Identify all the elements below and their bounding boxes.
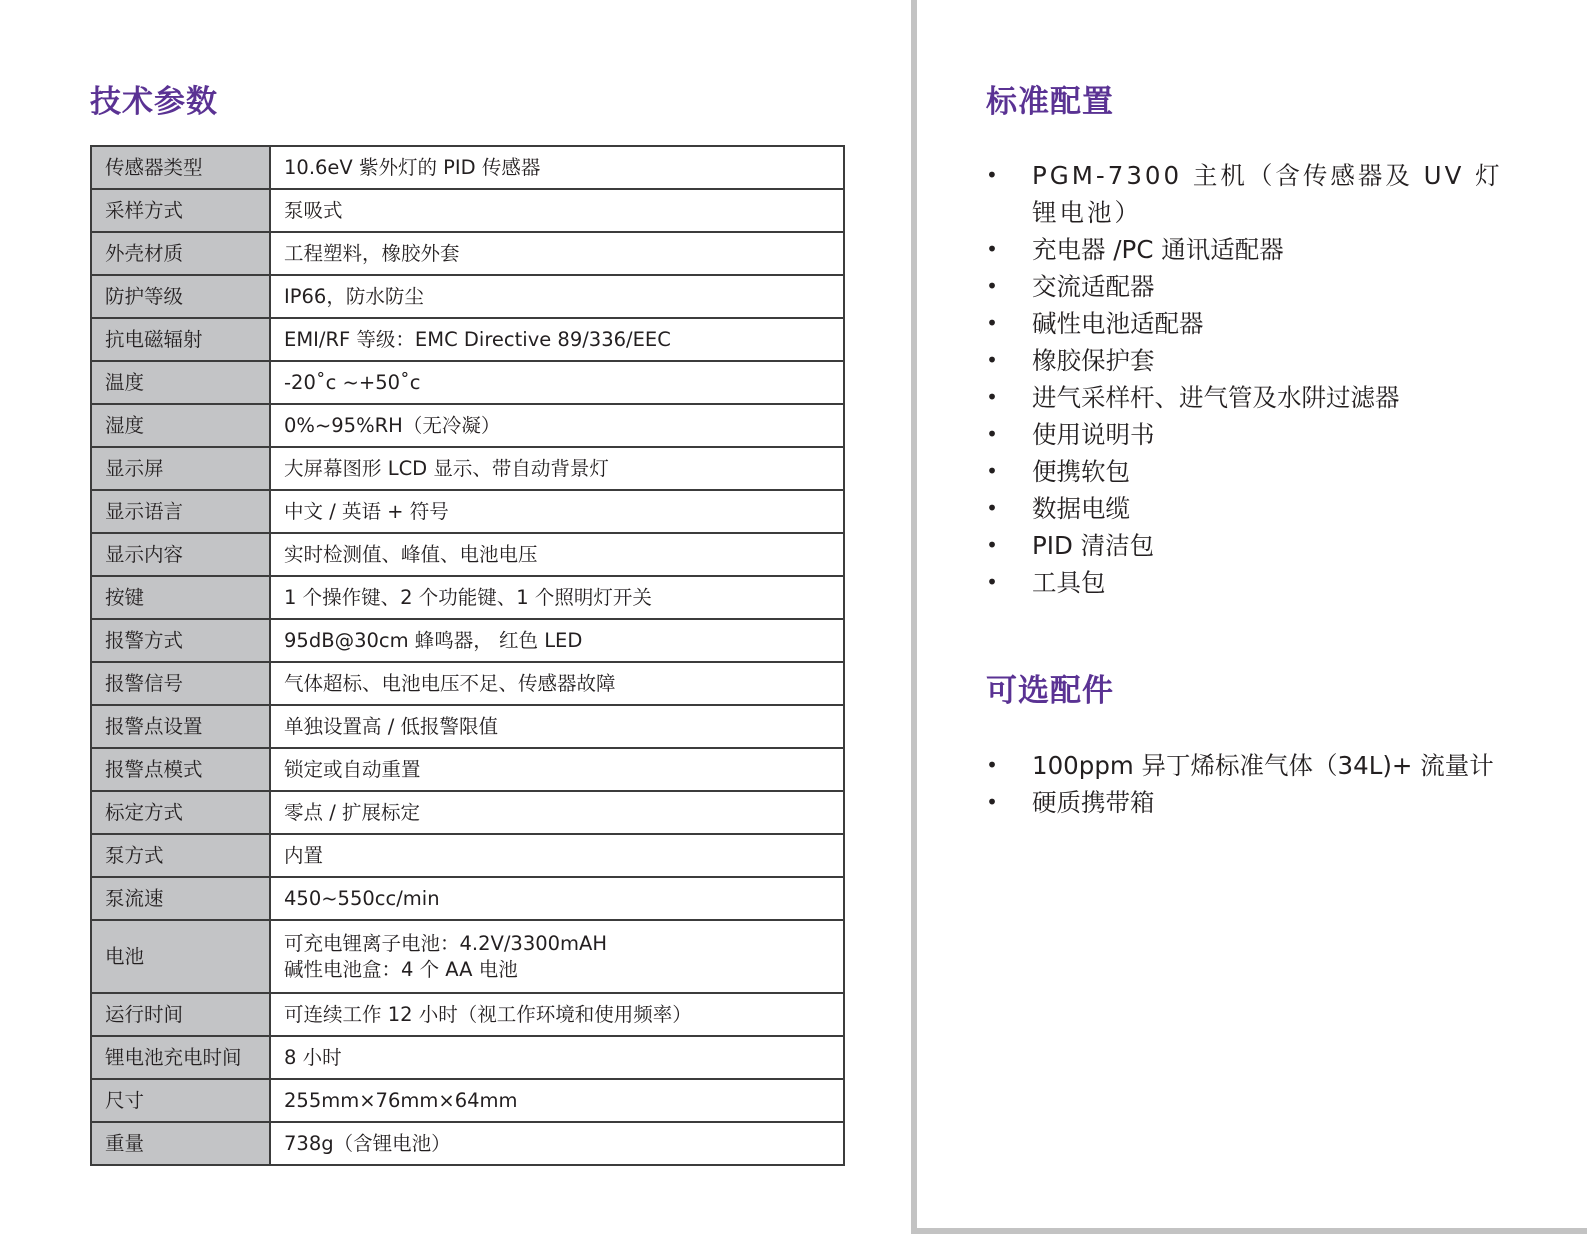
- list-item-text: 数据电缆: [1032, 494, 1130, 523]
- spec-value: 1 个操作键、2 个功能键、1 个照明灯开关: [270, 576, 844, 619]
- list-item: •硬质携带箱: [986, 784, 1506, 821]
- list-item: •碱性电池适配器: [986, 305, 1506, 342]
- spec-value: 95dB@30cm 蜂鸣器， 红色 LED: [270, 619, 844, 662]
- spec-value: -20˚c ~+50˚c: [270, 361, 844, 404]
- bullet-icon: •: [986, 784, 998, 821]
- bullet-icon: •: [986, 379, 998, 416]
- list-item: •工具包: [986, 564, 1506, 601]
- table-row: 报警方式95dB@30cm 蜂鸣器， 红色 LED: [91, 619, 844, 662]
- list-item-text: 硬质携带箱: [1032, 788, 1155, 817]
- list-item: •交流适配器: [986, 268, 1506, 305]
- spec-value: 450~550cc/min: [270, 877, 844, 920]
- bullet-icon: •: [986, 416, 998, 453]
- table-row: 标定方式零点 / 扩展标定: [91, 791, 844, 834]
- spec-value: 大屏幕图形 LCD 显示、带自动背景灯: [270, 447, 844, 490]
- list-item: •100ppm 异丁烯标准气体（34L)+ 流量计: [986, 747, 1506, 784]
- spec-value: 10.6eV 紫外灯的 PID 传感器: [270, 146, 844, 189]
- table-row: 抗电磁辐射EMI/RF 等级：EMC Directive 89/336/EEC: [91, 318, 844, 361]
- spec-value: 内置: [270, 834, 844, 877]
- bullet-icon: •: [986, 268, 998, 305]
- spec-value: IP66，防水防尘: [270, 275, 844, 318]
- page-divider-vertical: [911, 0, 917, 1233]
- list-item-text: 进气采样杆、进气管及水阱过滤器: [1032, 383, 1400, 412]
- list-item-text: PGM-7300 主机（含传感器及 UV 灯锂电池）: [1032, 161, 1503, 227]
- spec-label: 锂电池充电时间: [91, 1036, 270, 1079]
- bullet-icon: •: [986, 490, 998, 527]
- optional-accessories-title: 可选配件: [986, 665, 1114, 710]
- table-row: 显示屏大屏幕图形 LCD 显示、带自动背景灯: [91, 447, 844, 490]
- list-item: •进气采样杆、进气管及水阱过滤器: [986, 379, 1506, 416]
- table-row: 电池 可充电锂离子电池：4.2V/3300mAH 碱性电池盒：4 个 AA 电池: [91, 920, 844, 993]
- list-item-text: 橡胶保护套: [1032, 346, 1155, 375]
- list-item-text: 使用说明书: [1032, 420, 1155, 449]
- bullet-icon: •: [986, 231, 998, 268]
- spec-value-line: 碱性电池盒：4 个 AA 电池: [284, 957, 843, 983]
- table-row: 按键1 个操作键、2 个功能键、1 个照明灯开关: [91, 576, 844, 619]
- table-row: 采样方式泵吸式: [91, 189, 844, 232]
- spec-value: 工程塑料，橡胶外套: [270, 232, 844, 275]
- spec-label: 显示语言: [91, 490, 270, 533]
- bullet-icon: •: [986, 527, 998, 564]
- spec-label: 泵流速: [91, 877, 270, 920]
- standard-config-title: 标准配置: [986, 76, 1114, 121]
- spec-value: 中文 / 英语 + 符号: [270, 490, 844, 533]
- spec-label: 采样方式: [91, 189, 270, 232]
- standard-config-list: •PGM-7300 主机（含传感器及 UV 灯锂电池） •充电器 /PC 通讯适…: [986, 157, 1506, 601]
- spec-label: 报警信号: [91, 662, 270, 705]
- spec-section-title: 技术参数: [90, 76, 218, 121]
- spec-value: 锁定或自动重置: [270, 748, 844, 791]
- table-row: 报警点模式锁定或自动重置: [91, 748, 844, 791]
- spec-value: 255mm×76mm×64mm: [270, 1079, 844, 1122]
- table-row: 泵流速450~550cc/min: [91, 877, 844, 920]
- spec-label: 尺寸: [91, 1079, 270, 1122]
- list-item-text: 充电器 /PC 通讯适配器: [1032, 235, 1284, 264]
- table-row: 传感器类型10.6eV 紫外灯的 PID 传感器: [91, 146, 844, 189]
- list-item-text: PID 清洁包: [1032, 531, 1154, 560]
- spec-label: 防护等级: [91, 275, 270, 318]
- spec-label: 报警点模式: [91, 748, 270, 791]
- spec-value: 实时检测值、峰值、电池电压: [270, 533, 844, 576]
- list-item: •充电器 /PC 通讯适配器: [986, 231, 1506, 268]
- spec-label: 抗电磁辐射: [91, 318, 270, 361]
- spec-label: 报警方式: [91, 619, 270, 662]
- spec-value: 气体超标、电池电压不足、传感器故障: [270, 662, 844, 705]
- spec-label: 显示屏: [91, 447, 270, 490]
- spec-value: 可连续工作 12 小时（视工作环境和使用频率）: [270, 993, 844, 1036]
- list-item-text: 交流适配器: [1032, 272, 1155, 301]
- spec-value: 泵吸式: [270, 189, 844, 232]
- spec-label: 外壳材质: [91, 232, 270, 275]
- spec-value: 8 小时: [270, 1036, 844, 1079]
- list-item-text: 碱性电池适配器: [1032, 309, 1204, 338]
- spec-label: 显示内容: [91, 533, 270, 576]
- spec-label: 温度: [91, 361, 270, 404]
- bullet-icon: •: [986, 453, 998, 490]
- list-item: •PID 清洁包: [986, 527, 1506, 564]
- spec-value: 可充电锂离子电池：4.2V/3300mAH 碱性电池盒：4 个 AA 电池: [270, 920, 844, 993]
- table-row: 报警点设置单独设置高 / 低报警限值: [91, 705, 844, 748]
- bullet-icon: •: [986, 747, 998, 784]
- spec-value: 零点 / 扩展标定: [270, 791, 844, 834]
- table-row: 温度-20˚c ~+50˚c: [91, 361, 844, 404]
- spec-label: 传感器类型: [91, 146, 270, 189]
- list-item: •便携软包: [986, 453, 1506, 490]
- list-item: •橡胶保护套: [986, 342, 1506, 379]
- spec-label: 电池: [91, 920, 270, 993]
- spec-label: 重量: [91, 1122, 270, 1165]
- bullet-icon: •: [986, 564, 998, 601]
- spec-table: 传感器类型10.6eV 紫外灯的 PID 传感器 采样方式泵吸式 外壳材质工程塑…: [90, 145, 845, 1166]
- spec-label: 报警点设置: [91, 705, 270, 748]
- spec-label: 运行时间: [91, 993, 270, 1036]
- list-item: •使用说明书: [986, 416, 1506, 453]
- table-row: 尺寸255mm×76mm×64mm: [91, 1079, 844, 1122]
- spec-label: 湿度: [91, 404, 270, 447]
- table-row: 泵方式内置: [91, 834, 844, 877]
- table-row: 报警信号气体超标、电池电压不足、传感器故障: [91, 662, 844, 705]
- spec-label: 标定方式: [91, 791, 270, 834]
- bullet-icon: •: [986, 305, 998, 342]
- spec-label: 泵方式: [91, 834, 270, 877]
- spec-label: 按键: [91, 576, 270, 619]
- bullet-icon: •: [986, 342, 998, 379]
- list-item: •PGM-7300 主机（含传感器及 UV 灯锂电池）: [986, 157, 1506, 231]
- table-row: 锂电池充电时间8 小时: [91, 1036, 844, 1079]
- bullet-icon: •: [986, 157, 998, 194]
- optional-accessories-list: •100ppm 异丁烯标准气体（34L)+ 流量计 •硬质携带箱: [986, 747, 1506, 821]
- table-row: 显示内容实时检测值、峰值、电池电压: [91, 533, 844, 576]
- page-divider-horizontal: [911, 1228, 1587, 1234]
- table-row: 显示语言中文 / 英语 + 符号: [91, 490, 844, 533]
- spec-value: EMI/RF 等级：EMC Directive 89/336/EEC: [270, 318, 844, 361]
- spec-value-line: 可充电锂离子电池：4.2V/3300mAH: [284, 931, 843, 957]
- table-row: 防护等级IP66，防水防尘: [91, 275, 844, 318]
- table-row: 湿度0%~95%RH（无冷凝）: [91, 404, 844, 447]
- table-row: 重量738g（含锂电池）: [91, 1122, 844, 1165]
- table-row: 运行时间可连续工作 12 小时（视工作环境和使用频率）: [91, 993, 844, 1036]
- spec-value: 单独设置高 / 低报警限值: [270, 705, 844, 748]
- list-item-text: 便携软包: [1032, 457, 1130, 486]
- list-item-text: 工具包: [1032, 568, 1106, 597]
- list-item-text: 100ppm 异丁烯标准气体（34L)+ 流量计: [1032, 751, 1494, 780]
- spec-value: 738g（含锂电池）: [270, 1122, 844, 1165]
- table-row: 外壳材质工程塑料，橡胶外套: [91, 232, 844, 275]
- spec-value: 0%~95%RH（无冷凝）: [270, 404, 844, 447]
- list-item: •数据电缆: [986, 490, 1506, 527]
